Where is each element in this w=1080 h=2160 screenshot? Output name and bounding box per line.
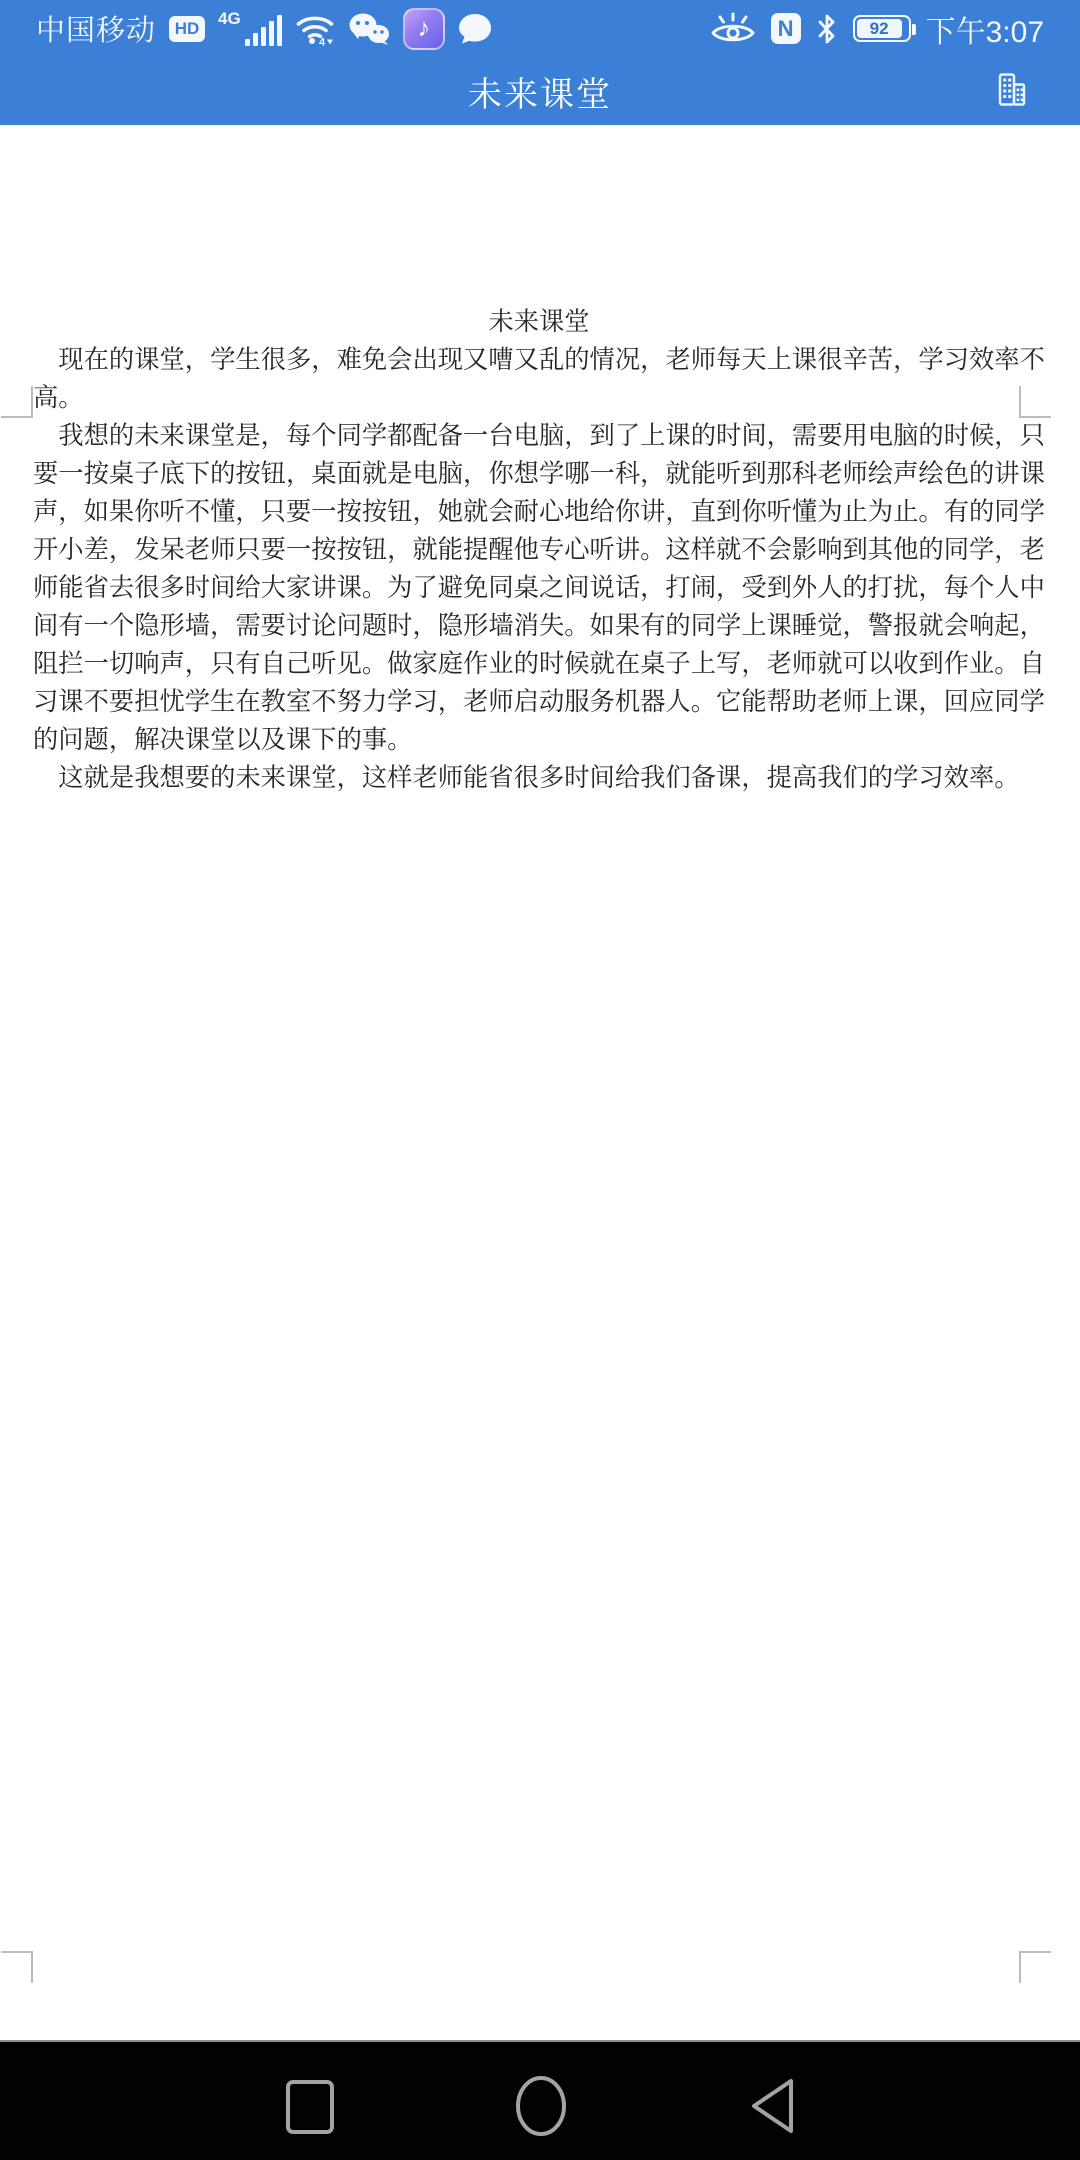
status-bar-left: 中国移动 HD 4G 4 (0, 8, 492, 50)
document-text: 未来课堂 现在的课堂，学生很多，难免会出现又嘈又乱的情况，老师每天上课很辛苦，学… (33, 303, 1045, 797)
app-title: 未来课堂 (468, 67, 612, 116)
home-circle-icon (515, 2075, 567, 2137)
carrier-label: 中国移动 (36, 8, 156, 49)
document-line: 间有一个隐形墙，需要讨论问题时，隐形墙消失。如果有的同学上课睡觉，警报就会响起， (33, 607, 1045, 645)
document-line: 声，如果你听不懂，只要一按按钮，她就会耐心地给你讲，直到你听懂为止为止。有的同学 (33, 493, 1045, 531)
signal-group: 4G (218, 9, 282, 49)
document-line: 习课不要担忧学生在教室不努力学习，老师启动服务机器人。它能帮助老师上课，回应同学 (33, 683, 1045, 721)
document-line: 开小差，发呆老师只要一按按钮，就能提醒他专心听讲。这样就不会影响到其他的同学，老 (33, 531, 1045, 569)
document-line: 我想的未来课堂是，每个同学都配备一台电脑，到了上课的时间，需要用电脑的时候，只 (33, 417, 1045, 455)
nfc-icon: N (771, 13, 801, 44)
battery-indicator: 92 (853, 15, 911, 42)
view-mode-button[interactable] (998, 73, 1026, 110)
page-margin-mark-bottom-right (1019, 1951, 1051, 1983)
status-bar-right: N 92 下午3:07 (710, 7, 1080, 51)
page-margin-mark-bottom-left (1, 1951, 33, 1983)
document-line: 要一按桌子底下的按钮，桌面就是电脑，你想学哪一科，就能听到那科老师绘声绘色的讲课 (33, 455, 1045, 493)
wechat-icon (348, 12, 390, 46)
document-line: 的问题，解决课堂以及课下的事。 (33, 721, 1045, 759)
eye-comfort-icon (710, 11, 756, 47)
screen: 中国移动 HD 4G 4 (0, 0, 1080, 2160)
signal-strength-icon (245, 15, 282, 49)
wifi-badge-label: 4 (319, 36, 326, 47)
hd-badge: HD (169, 16, 205, 42)
home-button[interactable] (515, 2075, 567, 2140)
document-line: 师能省去很多时间给大家讲课。为了避免同桌之间说话，打闹，受到外人的打扰，每个人中 (33, 569, 1045, 607)
status-bar: 中国移动 HD 4G 4 (0, 0, 1080, 57)
back-triangle-icon (746, 2075, 798, 2137)
document-line: 阻拦一切响声，只有自己听见。做家庭作业的时候就在桌子上写，老师就可以收到作业。自 (33, 645, 1045, 683)
recents-square-icon (285, 2079, 335, 2135)
app-title-bar: 未来课堂 (0, 57, 1080, 125)
bluetooth-icon (816, 12, 838, 46)
wifi-icon: 4 (295, 11, 335, 47)
recents-button[interactable] (285, 2079, 335, 2138)
back-button[interactable] (746, 2075, 798, 2140)
building-icon (998, 73, 1026, 107)
document-line: 这就是我想要的未来课堂，这样老师能省很多时间给我们备课，提高我们的学习效率。 (33, 759, 1045, 797)
document-line: 现在的课堂，学生很多，难免会出现又嘈又乱的情况，老师每天上课很辛苦，学习效率不 (33, 341, 1045, 379)
page-margin-mark-top-left (1, 386, 33, 418)
music-app-icon: ♪ (403, 8, 445, 50)
document-page[interactable]: 未来课堂 现在的课堂，学生很多，难免会出现又嘈又乱的情况，老师每天上课很辛苦，学… (0, 125, 1080, 2042)
clock-label: 下午3:07 (926, 7, 1044, 51)
document-title: 未来课堂 (33, 303, 1045, 341)
android-nav-bar (0, 2040, 1080, 2160)
document-line: 高。 (33, 379, 1045, 417)
battery-percent-label: 92 (870, 19, 889, 39)
message-bubble-icon (458, 12, 492, 45)
network-type-label: 4G (218, 9, 241, 29)
